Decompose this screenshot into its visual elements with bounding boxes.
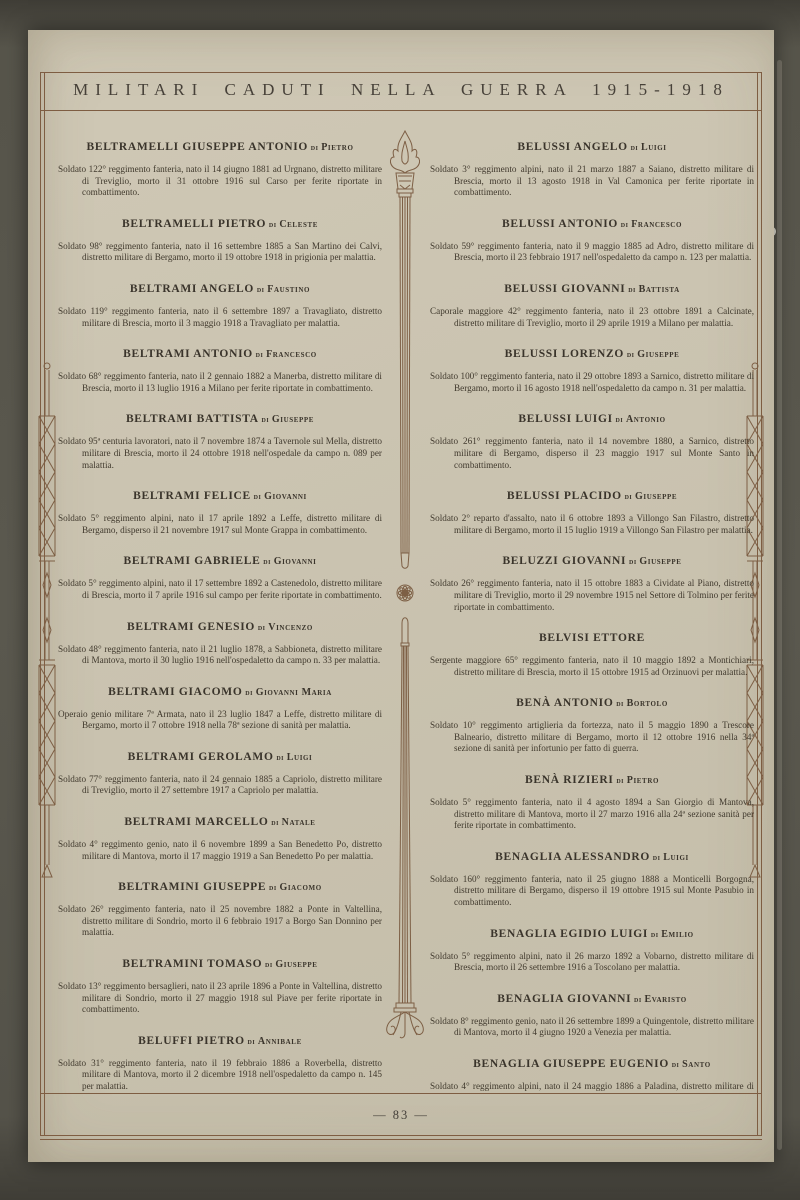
patronymic-name: Battista bbox=[639, 284, 680, 295]
casualty-name-heading: BELUSSI ANTONIO di Francesco bbox=[430, 214, 754, 232]
casualty-name-heading: BELTRAMELLI PIETRO di Celeste bbox=[58, 214, 382, 232]
book-page-stack-edge bbox=[777, 60, 782, 1150]
patronymic-prefix: di bbox=[631, 994, 644, 1004]
casualty-record: Soldato 26° reggimento fanteria, nato il… bbox=[430, 578, 754, 613]
patronymic-name: Luigi bbox=[663, 852, 689, 863]
casualty-name: BELUSSI LORENZO bbox=[505, 348, 624, 360]
casualty-record: Soldato 5° reggimento alpini, nato il 17… bbox=[58, 578, 382, 601]
casualty-record: Soldato 5° reggimento fanteria, nato il … bbox=[430, 797, 754, 832]
column-divider bbox=[382, 111, 428, 1094]
casualty-record: Soldato 95ª centuria lavoratori, nato il… bbox=[58, 436, 382, 471]
casualty-record: Operaio genio militare 7ª Armata, nato i… bbox=[58, 709, 382, 732]
patronymic-name: Emilio bbox=[661, 929, 693, 940]
casualty-name: BENÀ RIZIERI bbox=[525, 774, 614, 786]
patronymic-name: Bortolo bbox=[627, 698, 668, 709]
patronymic-name: Pietro bbox=[321, 142, 353, 153]
patronymic-name: Celeste bbox=[279, 219, 318, 230]
casualty-entry: BELUSSI LUIGI di Antonio Soldato 261° re… bbox=[430, 409, 754, 471]
casualty-entry: BELTRAMI GENESIO di Vincenzo Soldato 48°… bbox=[58, 617, 382, 667]
patronymic-prefix: di bbox=[266, 219, 279, 229]
casualty-name: BENÀ ANTONIO bbox=[516, 697, 613, 709]
patronymic-prefix: di bbox=[261, 556, 274, 566]
footer: — 83 — bbox=[40, 1094, 762, 1136]
casualty-name-heading: BELUSSI GIOVANNI di Battista bbox=[430, 279, 754, 297]
casualty-entry: BENAGLIA EGIDIO LUIGI di Emilio Soldato … bbox=[430, 924, 754, 974]
page-number: — 83 — bbox=[373, 1108, 429, 1123]
patronymic-prefix: di bbox=[614, 775, 627, 785]
casualty-name: BELTRAMI ANTONIO bbox=[123, 348, 253, 360]
right-column: BELUSSI ANGELO di Luigi Soldato 3° reggi… bbox=[430, 111, 754, 1094]
casualty-name: BELUSSI GIOVANNI bbox=[504, 283, 625, 295]
page-title: MILITARI CADUTI NELLA GUERRA 1915-1918 bbox=[28, 80, 774, 100]
left-column: BELTRAMELLI GIUSEPPE ANTONIO di Pietro S… bbox=[58, 111, 382, 1094]
patronymic-name: Natale bbox=[282, 817, 316, 828]
casualty-name: BELTRAMI MARCELLO bbox=[124, 816, 268, 828]
casualty-name: BELTRAMI GIACOMO bbox=[108, 686, 242, 698]
casualty-name: BELUZZI GIOVANNI bbox=[502, 555, 626, 567]
casualty-record: Soldato 2° reparto d'assalto, nato il 6 … bbox=[430, 513, 754, 536]
casualty-name: BELTRAMI GENESIO bbox=[127, 621, 255, 633]
patronymic-prefix: di bbox=[269, 817, 282, 827]
casualty-entry: BENÀ RIZIERI di Pietro Soldato 5° reggim… bbox=[430, 770, 754, 832]
casualty-entry: BELTRAMI GEROLAMO di Luigi Soldato 77° r… bbox=[58, 747, 382, 797]
casualty-name-heading: BELTRAMI BATTISTA di Giuseppe bbox=[58, 409, 382, 427]
patronymic-name: Giuseppe bbox=[272, 414, 314, 425]
patronymic-name: Francesco bbox=[266, 349, 317, 360]
casualty-name-heading: BELVISI ETTORE bbox=[430, 628, 754, 646]
casualty-entry: BELTRAMINI TOMASO di Giuseppe Soldato 13… bbox=[58, 954, 382, 1016]
casualty-name-heading: BELTRAMI ANTONIO di Francesco bbox=[58, 344, 382, 362]
casualty-record: Soldato 5° reggimento alpini, nato il 26… bbox=[430, 951, 754, 974]
casualty-record: Soldato 13° reggimento bersaglieri, nato… bbox=[58, 981, 382, 1016]
casualty-entry: BELTRAMI BATTISTA di Giuseppe Soldato 95… bbox=[58, 409, 382, 471]
casualty-name: BELTRAMELLI GIUSEPPE ANTONIO bbox=[87, 141, 309, 153]
casualty-record: Soldato 98° reggimento fanteria, nato il… bbox=[58, 241, 382, 264]
casualty-name-heading: BELTRAMINI GIUSEPPE di Giacomo bbox=[58, 877, 382, 895]
patronymic-name: Vincenzo bbox=[268, 622, 313, 633]
casualty-record: Soldato 68° reggimento fanteria, nato il… bbox=[58, 371, 382, 394]
patronymic-name: Luigi bbox=[287, 752, 313, 763]
patronymic-prefix: di bbox=[618, 219, 631, 229]
casualty-record: Soldato 4° reggimento genio, nato il 6 n… bbox=[58, 839, 382, 862]
frame-bottom-rule-2 bbox=[40, 1139, 762, 1140]
casualty-name: BELVISI ETTORE bbox=[539, 632, 645, 644]
casualty-record: Caporale maggiore 42° reggimento fanteri… bbox=[430, 306, 754, 329]
casualty-name-heading: BELUFFI PIETRO di Annibale bbox=[58, 1031, 382, 1049]
casualty-entry: BELVISI ETTORE Sergente maggiore 65° reg… bbox=[430, 628, 754, 678]
casualty-name-heading: BELTRAMINI TOMASO di Giuseppe bbox=[58, 954, 382, 972]
casualty-entry: BENÀ ANTONIO di Bortolo Soldato 10° regg… bbox=[430, 693, 754, 755]
casualty-entry: BENAGLIA ALESSANDRO di Luigi Soldato 160… bbox=[430, 847, 754, 909]
patronymic-prefix: di bbox=[254, 284, 267, 294]
torch-ornament-icon bbox=[383, 123, 427, 1073]
casualty-name: BELUFFI PIETRO bbox=[138, 1035, 245, 1047]
casualty-name: BELTRAMI GEROLAMO bbox=[128, 751, 274, 763]
casualty-name: BELTRAMI BATTISTA bbox=[126, 413, 259, 425]
patronymic-prefix: di bbox=[624, 349, 637, 359]
patronymic-prefix: di bbox=[650, 852, 663, 862]
patronymic-name: Annibale bbox=[258, 1036, 302, 1047]
patronymic-name: Santo bbox=[682, 1059, 711, 1070]
casualty-record: Soldato 122° reggimento fanteria, nato i… bbox=[58, 164, 382, 199]
casualty-record: Soldato 77° reggimento fanteria, nato il… bbox=[58, 774, 382, 797]
casualty-name: BELTRAMELLI PIETRO bbox=[122, 218, 266, 230]
casualty-name-heading: BELTRAMI ANGELO di Faustino bbox=[58, 279, 382, 297]
casualty-record: Soldato 119° reggimento fanteria, nato i… bbox=[58, 306, 382, 329]
casualty-record: Sergente maggiore 65° reggimento fanteri… bbox=[430, 655, 754, 678]
casualty-name-heading: BENÀ ANTONIO di Bortolo bbox=[430, 693, 754, 711]
casualty-name: BENAGLIA ALESSANDRO bbox=[495, 851, 650, 863]
casualty-name: BELUSSI LUIGI bbox=[518, 413, 612, 425]
casualty-name-heading: BELTRAMELLI GIUSEPPE ANTONIO di Pietro bbox=[58, 137, 382, 155]
patronymic-prefix: di bbox=[251, 491, 264, 501]
patronymic-name: Giuseppe bbox=[275, 959, 317, 970]
casualty-entry: BELTRAMI GABRIELE di Giovanni Soldato 5°… bbox=[58, 551, 382, 601]
patronymic-name: Luigi bbox=[641, 142, 667, 153]
casualty-name: BELUSSI ANGELO bbox=[517, 141, 627, 153]
patronymic-prefix: di bbox=[255, 622, 268, 632]
casualty-name: BENAGLIA EGIDIO LUIGI bbox=[490, 928, 648, 940]
casualty-entry: BELUFFI PIETRO di Annibale Soldato 31° r… bbox=[58, 1031, 382, 1093]
casualty-name: BELTRAMINI TOMASO bbox=[122, 958, 262, 970]
casualty-record: Soldato 4° reggimento alpini, nato il 24… bbox=[430, 1081, 754, 1094]
patronymic-name: Giuseppe bbox=[639, 556, 681, 567]
patronymic-name: Antonio bbox=[626, 414, 666, 425]
casualty-name-heading: BELUSSI LUIGI di Antonio bbox=[430, 409, 754, 427]
casualty-entry: BENAGLIA GIUSEPPE EUGENIO di Santo Solda… bbox=[430, 1054, 754, 1094]
casualty-name-heading: BELUSSI ANGELO di Luigi bbox=[430, 137, 754, 155]
casualty-entry: BENAGLIA GIOVANNI di Evaristo Soldato 8°… bbox=[430, 989, 754, 1039]
casualty-entry: BELUSSI LORENZO di Giuseppe Soldato 100°… bbox=[430, 344, 754, 394]
patronymic-name: Giacomo bbox=[279, 882, 321, 893]
casualty-record: Soldato 10° reggimento artiglieria da fo… bbox=[430, 720, 754, 755]
casualty-name-heading: BELUZZI GIOVANNI di Giuseppe bbox=[430, 551, 754, 569]
casualty-entry: BELTRAMELLI PIETRO di Celeste Soldato 98… bbox=[58, 214, 382, 264]
patronymic-prefix: di bbox=[262, 959, 275, 969]
patronymic-prefix: di bbox=[669, 1059, 682, 1069]
casualty-record: Soldato 261° reggimento fanteria, nato i… bbox=[430, 436, 754, 471]
casualty-name-heading: BENÀ RIZIERI di Pietro bbox=[430, 770, 754, 788]
patronymic-prefix: di bbox=[625, 284, 638, 294]
casualty-name: BELTRAMI FELICE bbox=[133, 490, 251, 502]
patronymic-prefix: di bbox=[613, 414, 626, 424]
casualty-entry: BELTRAMINI GIUSEPPE di Giacomo Soldato 2… bbox=[58, 877, 382, 939]
patronymic-name: Pietro bbox=[627, 775, 659, 786]
casualty-entry: BELUSSI PLACIDO di Giuseppe Soldato 2° r… bbox=[430, 486, 754, 536]
casualty-name: BELTRAMINI GIUSEPPE bbox=[118, 881, 266, 893]
casualty-record: Soldato 100° reggimento fanteria, nato i… bbox=[430, 371, 754, 394]
casualty-entry: BELTRAMI GIACOMO di Giovanni Maria Opera… bbox=[58, 682, 382, 732]
casualty-record: Soldato 59° reggimento fanteria, nato il… bbox=[430, 241, 754, 264]
casualty-entry: BELTRAMI MARCELLO di Natale Soldato 4° r… bbox=[58, 812, 382, 862]
casualty-entry: BELUSSI ANTONIO di Francesco Soldato 59°… bbox=[430, 214, 754, 264]
patronymic-name: Evaristo bbox=[644, 994, 686, 1005]
casualty-name-heading: BELTRAMI MARCELLO di Natale bbox=[58, 812, 382, 830]
patronymic-name: Giuseppe bbox=[637, 349, 679, 360]
casualty-name-heading: BELTRAMI FELICE di Giovanni bbox=[58, 486, 382, 504]
patronymic-prefix: di bbox=[266, 882, 279, 892]
casualty-name-heading: BELUSSI PLACIDO di Giuseppe bbox=[430, 486, 754, 504]
casualty-name: BELTRAMI GABRIELE bbox=[123, 555, 260, 567]
casualty-record: Soldato 3° reggimento alpini, nato il 21… bbox=[430, 164, 754, 199]
casualty-record: Soldato 31° reggimento fanteria, nato il… bbox=[58, 1058, 382, 1093]
casualty-name-heading: BENAGLIA ALESSANDRO di Luigi bbox=[430, 847, 754, 865]
casualty-name-heading: BENAGLIA GIOVANNI di Evaristo bbox=[430, 989, 754, 1007]
patronymic-prefix: di bbox=[626, 556, 639, 566]
casualty-name: BELTRAMI ANGELO bbox=[130, 283, 254, 295]
casualty-record: Soldato 5° reggimento alpini, nato il 17… bbox=[58, 513, 382, 536]
casualty-entry: BELTRAMI ANTONIO di Francesco Soldato 68… bbox=[58, 344, 382, 394]
entries-area: BELTRAMELLI GIUSEPPE ANTONIO di Pietro S… bbox=[44, 111, 758, 1094]
patronymic-prefix: di bbox=[245, 1036, 258, 1046]
patronymic-name: Giovanni bbox=[264, 491, 307, 502]
patronymic-prefix: di bbox=[648, 929, 661, 939]
casualty-name-heading: BENAGLIA EGIDIO LUIGI di Emilio bbox=[430, 924, 754, 942]
casualty-name: BENAGLIA GIUSEPPE EUGENIO bbox=[473, 1058, 669, 1070]
patronymic-prefix: di bbox=[622, 491, 635, 501]
patronymic-name: Giovanni bbox=[274, 556, 317, 567]
book-page: MILITARI CADUTI NELLA GUERRA 1915-1918 bbox=[28, 30, 774, 1162]
casualty-entry: BELUSSI GIOVANNI di Battista Caporale ma… bbox=[430, 279, 754, 329]
patronymic-prefix: di bbox=[628, 142, 641, 152]
casualty-name-heading: BELTRAMI GABRIELE di Giovanni bbox=[58, 551, 382, 569]
patronymic-name: Giovanni Maria bbox=[256, 687, 332, 698]
casualty-name-heading: BELTRAMI GENESIO di Vincenzo bbox=[58, 617, 382, 635]
casualty-record: Soldato 26° reggimento fanteria, nato il… bbox=[58, 904, 382, 939]
casualty-record: Soldato 8° reggimento genio, nato il 26 … bbox=[430, 1016, 754, 1039]
patronymic-name: Giuseppe bbox=[635, 491, 677, 502]
patronymic-name: Faustino bbox=[267, 284, 310, 295]
casualty-entry: BELUSSI ANGELO di Luigi Soldato 3° reggi… bbox=[430, 137, 754, 199]
patronymic-prefix: di bbox=[308, 142, 321, 152]
casualty-record: Soldato 48° reggimento fanteria, nato il… bbox=[58, 644, 382, 667]
casualty-name: BELUSSI PLACIDO bbox=[507, 490, 622, 502]
casualty-entry: BELTRAMI FELICE di Giovanni Soldato 5° r… bbox=[58, 486, 382, 536]
frame-top-rule bbox=[40, 72, 762, 73]
patronymic-name: Francesco bbox=[631, 219, 682, 230]
casualty-record: Soldato 160° reggimento fanteria, nato i… bbox=[430, 874, 754, 909]
casualty-entry: BELTRAMELLI GIUSEPPE ANTONIO di Pietro S… bbox=[58, 137, 382, 199]
casualty-name: BENAGLIA GIOVANNI bbox=[497, 993, 631, 1005]
casualty-name-heading: BELTRAMI GIACOMO di Giovanni Maria bbox=[58, 682, 382, 700]
casualty-entry: BELUZZI GIOVANNI di Giuseppe Soldato 26°… bbox=[430, 551, 754, 613]
patronymic-prefix: di bbox=[253, 349, 266, 359]
casualty-name-heading: BELTRAMI GEROLAMO di Luigi bbox=[58, 747, 382, 765]
patronymic-prefix: di bbox=[243, 687, 256, 697]
patronymic-prefix: di bbox=[613, 698, 626, 708]
casualty-name-heading: BENAGLIA GIUSEPPE EUGENIO di Santo bbox=[430, 1054, 754, 1072]
patronymic-prefix: di bbox=[259, 414, 272, 424]
patronymic-prefix: di bbox=[274, 752, 287, 762]
casualty-name: BELUSSI ANTONIO bbox=[502, 218, 618, 230]
casualty-entry: BELTRAMI ANGELO di Faustino Soldato 119°… bbox=[58, 279, 382, 329]
casualty-name-heading: BELUSSI LORENZO di Giuseppe bbox=[430, 344, 754, 362]
